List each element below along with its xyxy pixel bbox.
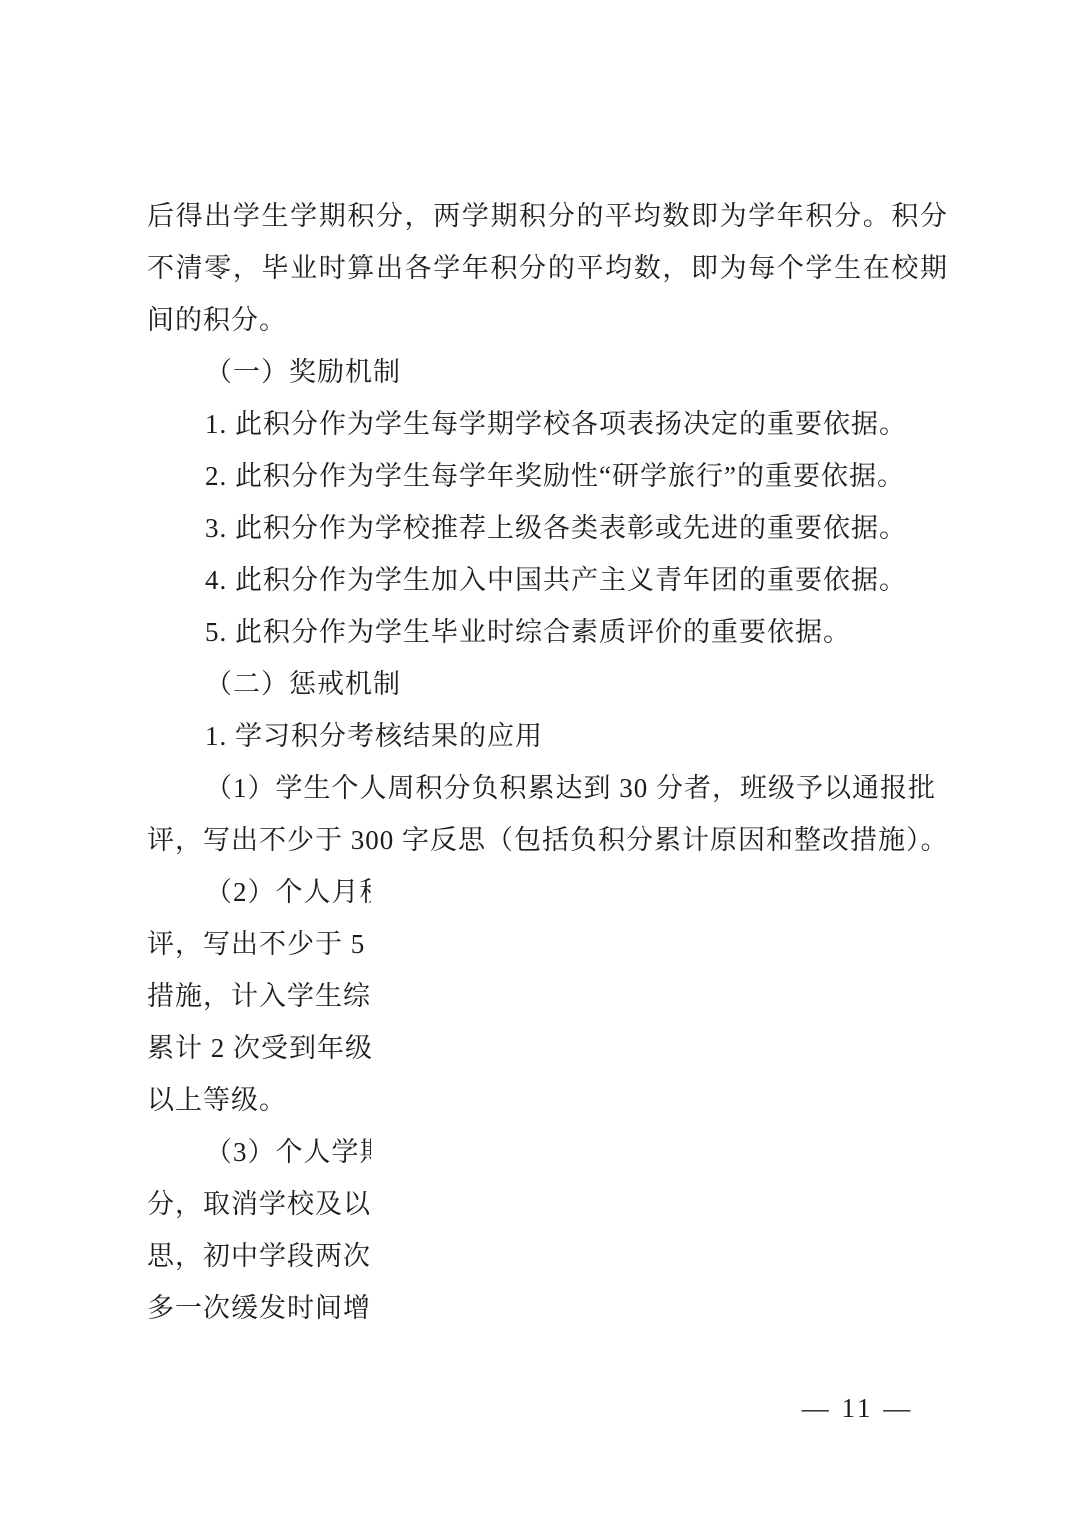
text-line-content: 以上等级。 — [147, 1085, 287, 1115]
text-line-content: （3）个人学 — [205, 1137, 360, 1167]
numbered-item: 3. 此积分作为学校推荐上级各类表彰或先进的重要依据。 — [147, 502, 947, 554]
text-line-content: 3. 此积分作为学校推荐上级各类表彰或先进的重要依据。 — [205, 513, 907, 543]
text-line-content: 分，取消学校及以 — [147, 1189, 371, 1219]
text-line-content: 累计 2 次受到年级 — [147, 1033, 373, 1063]
truncated-line: 多一次缓发时间增 — [147, 1282, 400, 1334]
text-line-content: 思，初中学段两次 — [147, 1241, 371, 1271]
text-line-content: 评，写出不少于 5 — [147, 929, 365, 959]
text-line-content: 后得出学生学期积分，两学期积分的平均数即为学年积分。积分 — [147, 201, 947, 231]
page-number: — 11 — — [790, 1388, 925, 1428]
text-line-content: 不清零，毕业时算出各学年积分的平均数，即为每个学生在校期 — [147, 253, 947, 283]
text-line-content: 间的积分。 — [147, 305, 287, 335]
text-line-content: 多一次缓发时间增 — [147, 1293, 371, 1323]
truncated-line: 思，初中学段两次 — [147, 1230, 400, 1282]
text-line-content: 1. 此积分作为学生每学期学校各项表扬决定的重要依据。 — [205, 409, 907, 439]
document-page: 后得出学生学期积分，两学期积分的平均数即为学年积分。积分不清零，毕业时算出各学年… — [0, 0, 1080, 1527]
truncated-line: 分，取消学校及以 — [147, 1178, 400, 1230]
clipped-partial-character: 期 — [360, 1126, 371, 1178]
truncated-line: 评，写出不少于 5 — [147, 918, 400, 970]
numbered-item: 2. 此积分作为学生每学年奖励性“研学旅行”的重要依据。 — [147, 450, 947, 502]
truncated-line: （3）个人学期 — [147, 1126, 400, 1178]
numbered-item: 5. 此积分作为学生毕业时综合素质评价的重要依据。 — [147, 606, 947, 658]
text-line-content: 措施，计入学生综 — [147, 981, 371, 1011]
body-line: 间的积分。 — [147, 294, 947, 346]
text-line-content: 2. 此积分作为学生每学年奖励性“研学旅行”的重要依据。 — [205, 461, 905, 491]
text-line-content: （一）奖励机制 — [205, 357, 401, 387]
section-heading: （一）奖励机制 — [147, 346, 947, 398]
text-line-content: （2）个人月 — [205, 877, 360, 907]
body-line: 不清零，毕业时算出各学年积分的平均数，即为每个学生在校期 — [147, 242, 947, 294]
numbered-item: 1. 此积分作为学生每学期学校各项表扬决定的重要依据。 — [147, 398, 947, 450]
body-line: 评，写出不少于 300 字反思（包括负积分累计原因和整改措施）。 — [147, 814, 947, 866]
text-line-content: 1. 学习积分考核结果的应用 — [205, 721, 543, 751]
clipped-partial-character: 积 — [360, 866, 371, 918]
text-line-content: （1）学生个人周积分负积累达到 30 分者，班级予以通报批 — [205, 773, 936, 803]
numbered-item: 1. 学习积分考核结果的应用 — [147, 710, 947, 762]
text-line-content: 4. 此积分作为学生加入中国共产主义青年团的重要依据。 — [205, 565, 907, 595]
truncated-line: 措施，计入学生综 — [147, 970, 400, 1022]
text-line-content: 评，写出不少于 300 字反思（包括负积分累计原因和整改措施）。 — [147, 825, 949, 855]
text-line-content: 5. 此积分作为学生毕业时综合素质评价的重要依据。 — [205, 617, 851, 647]
body-text-block: 后得出学生学期积分，两学期积分的平均数即为学年积分。积分不清零，毕业时算出各学年… — [147, 190, 947, 1334]
truncated-line: （2）个人月积 — [147, 866, 400, 918]
numbered-item: 4. 此积分作为学生加入中国共产主义青年团的重要依据。 — [147, 554, 947, 606]
text-line-content: （二）惩戒机制 — [205, 669, 401, 699]
section-heading: （二）惩戒机制 — [147, 658, 947, 710]
body-line: （1）学生个人周积分负积累达到 30 分者，班级予以通报批 — [147, 762, 947, 814]
truncated-line: 累计 2 次受到年级 — [147, 1022, 400, 1074]
body-line: 后得出学生学期积分，两学期积分的平均数即为学年积分。积分 — [147, 190, 947, 242]
body-line: 以上等级。 — [147, 1074, 947, 1126]
